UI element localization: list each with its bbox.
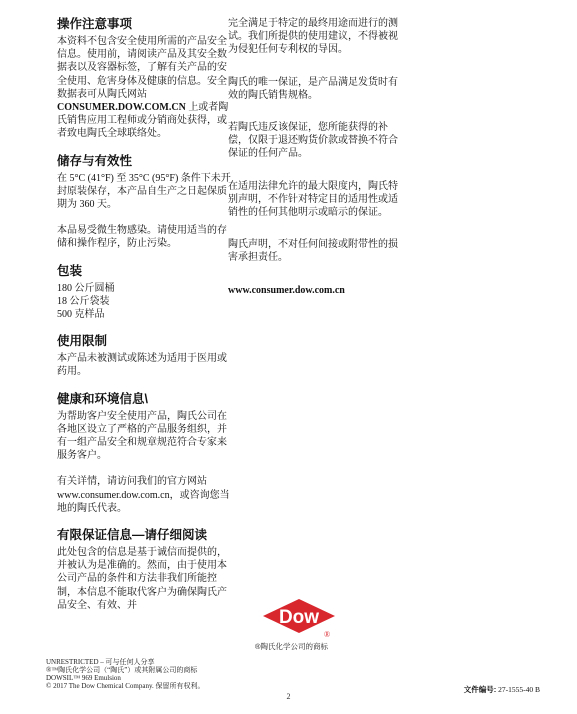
paragraph: 在 5°C (41°F) 至 35°C (95°F) 条件下未开封原装保存，本产…: [57, 172, 231, 212]
packaging-item: 180 公斤圆桶: [57, 282, 231, 295]
section-use-limitations: 使用限制 本产品未被测试或陈述为适用于医用或药用。: [57, 334, 231, 378]
paragraph: 有关详情，请访问我们的官方网站 www.consumer.dow.com.cn，…: [57, 475, 231, 515]
document-page: 操作注意事项 本资料不包含安全使用所需的产品安全信息。使用前，请阅读产品及其安全…: [0, 0, 577, 714]
section-packaging: 包装 180 公斤圆桶 18 公斤袋装 500 克样品: [57, 264, 231, 322]
paragraph: 陶氏的唯一保证，是产品满足发货时有效的陶氏销售规格。: [228, 76, 401, 102]
section-limited-warranty: 有限保证信息—请仔细阅读 此处包含的信息是基于诚信而提供的，并被认为是准确的。然…: [57, 528, 231, 612]
section-handling-precautions: 操作注意事项 本资料不包含安全使用所需的产品安全信息。使用前，请阅读产品及其安全…: [57, 17, 231, 141]
dow-logo: Dow ®: [262, 598, 340, 640]
section-heading: 有限保证信息—请仔细阅读: [57, 528, 231, 543]
footer-line-copyright: © 2017 The Dow Chemical Company. 保留所有权利。: [46, 683, 366, 691]
paragraph: 本产品未被测试或陈述为适用于医用或药用。: [57, 352, 231, 378]
dow-website-text: CONSUMER.DOW.COM.CN: [57, 102, 186, 113]
section-heading: 包装: [57, 264, 231, 279]
section-heading: 健康和环境信息\: [57, 392, 231, 407]
section-heading: 操作注意事项: [57, 17, 231, 32]
section-health-environment: 健康和环境信息\ 为帮助客户安全使用产品，陶氏公司在各地区设立了严格的产品服务组…: [57, 392, 231, 515]
packaging-item: 18 公斤袋装: [57, 295, 231, 308]
paragraph: 此处包含的信息是基于诚信而提供的，并被认为是准确的。然而，由于使用本公司产品的条…: [57, 546, 231, 612]
paragraph: 陶氏声明，不对任何间接或附带性的损害承担责任。: [228, 238, 401, 264]
right-column: 完全满足于特定的最终用途而进行的测试。我们所提供的使用建议，不得被视为侵犯任何专…: [228, 17, 401, 316]
footer-legal-block: UNRESTRICTED – 可与任何人分享 ®™陶氏化学公司（“陶氏”）或其附…: [46, 659, 366, 691]
paragraph: 完全满足于特定的最终用途而进行的测试。我们所提供的使用建议，不得被视为侵犯任何专…: [228, 17, 401, 57]
section-heading: 储存与有效性: [57, 154, 231, 169]
dow-logo-text: Dow: [279, 607, 319, 628]
page-number: 2: [0, 692, 577, 701]
section-heading: 使用限制: [57, 334, 231, 349]
paragraph: 本品易受微生物感染。请使用适当的存储和操作程序，防止污染。: [57, 224, 231, 250]
registered-mark: ®: [324, 630, 330, 639]
paragraph: 本资料不包含安全使用所需的产品安全信息。使用前，请阅读产品及其安全数据表以及容器…: [57, 35, 231, 141]
section-storage-shelf-life: 储存与有效性 在 5°C (41°F) 至 35°C (95°F) 条件下未开封…: [57, 154, 231, 251]
consumer-website-text: www.consumer.dow.com.cn: [228, 284, 401, 297]
packaging-item: 500 克样品: [57, 308, 231, 321]
paragraph: 若陶氏违反该保证，您所能获得的补偿，仅限于退还购货价款或替换不符合保证的任何产品…: [228, 121, 401, 161]
paragraph: 为帮助客户安全使用产品，陶氏公司在各地区设立了严格的产品服务组织，并有一组产品安…: [57, 410, 231, 463]
logo-trademark-caption: ®陶氏化学公司的商标: [255, 641, 328, 652]
packaging-list: 180 公斤圆桶 18 公斤袋装 500 克样品: [57, 282, 231, 322]
left-column: 操作注意事项 本资料不包含安全使用所需的产品安全信息。使用前，请阅读产品及其安全…: [57, 17, 231, 625]
paragraph-text: 本资料不包含安全使用所需的产品安全信息。使用前，请阅读产品及其安全数据表以及容器…: [57, 36, 227, 100]
dow-diamond-icon: Dow ®: [262, 598, 340, 640]
paragraph: 在适用法律允许的最大限度内，陶氏特别声明，不作针对特定目的适用性或适销性的任何其…: [228, 180, 401, 220]
